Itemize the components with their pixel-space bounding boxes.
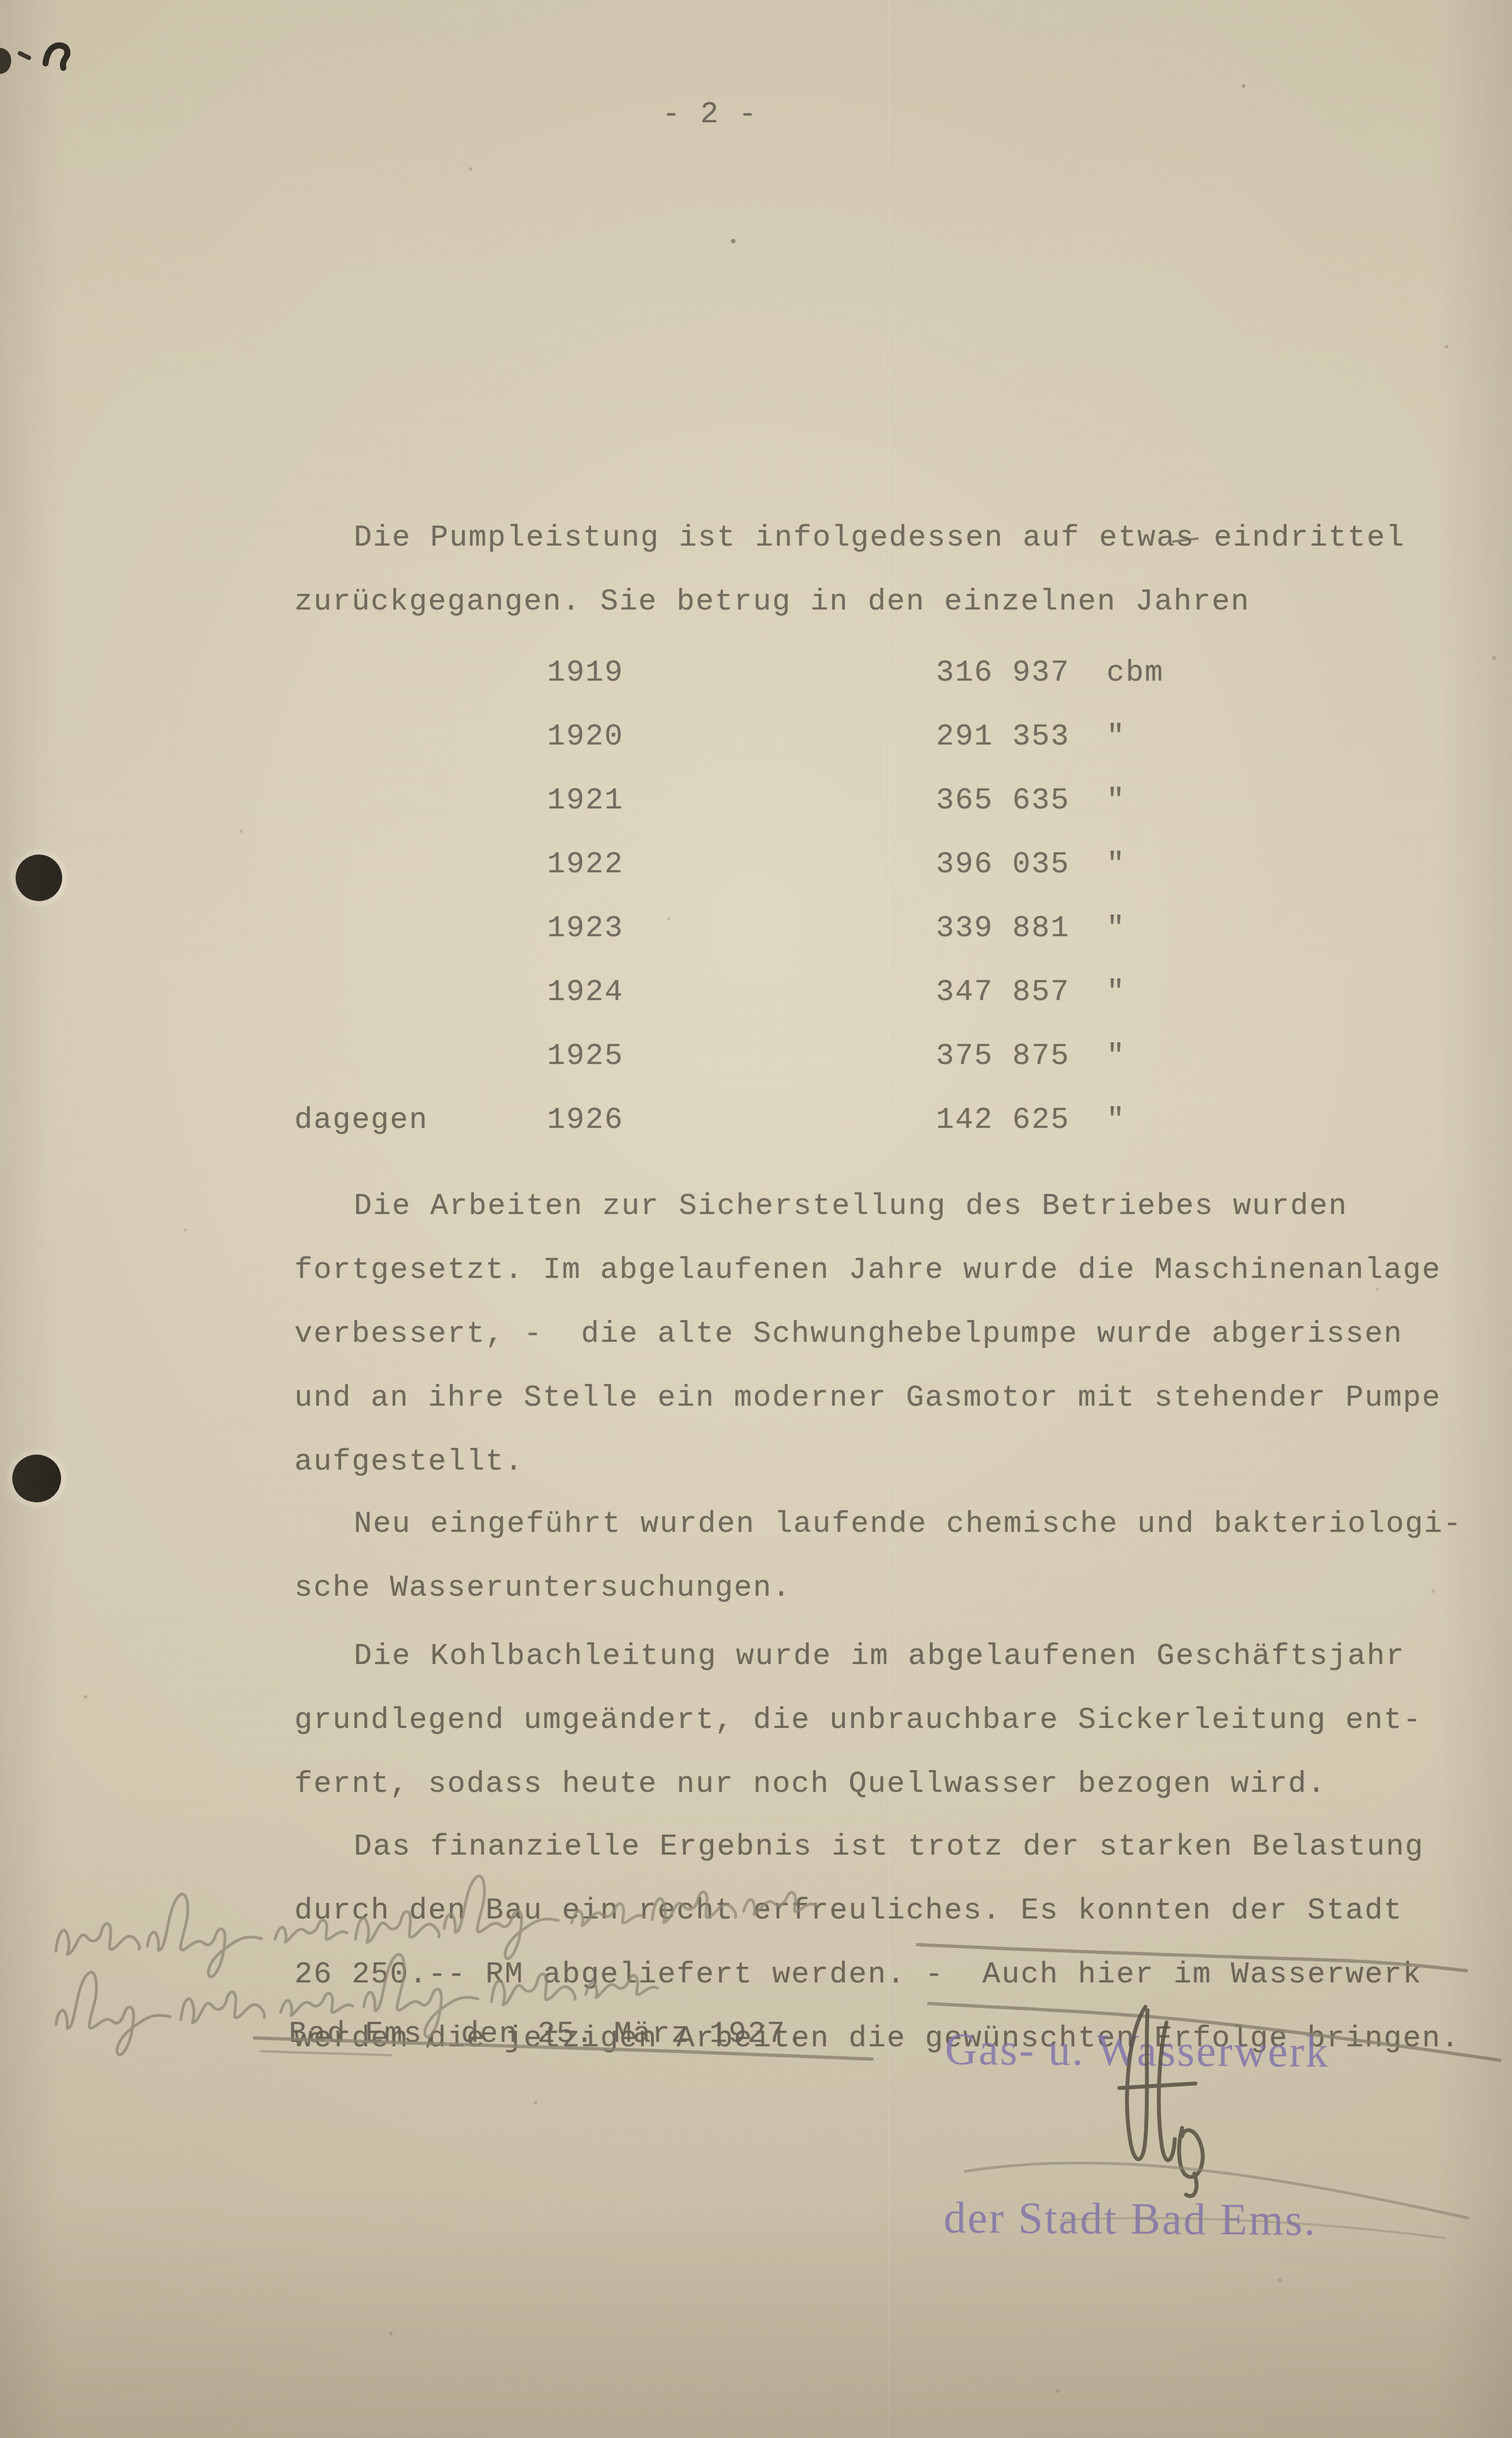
- unit-cell: ": [1107, 769, 1125, 833]
- table-row: 1923 339 881 ": [294, 897, 1239, 961]
- punch-hole: [16, 855, 62, 901]
- typed-line: Das finanzielle Ergebnis ist trotz der s…: [294, 1815, 1460, 1879]
- stamp-line-2: der Stadt Bad Ems.: [944, 2190, 1444, 2250]
- punch-hole: [12, 1455, 61, 1502]
- year-cell: 1920: [547, 705, 624, 769]
- year-cell: 1921: [547, 769, 624, 833]
- year-cell: 1919: [547, 641, 624, 705]
- year-cell: 1923: [547, 897, 624, 961]
- scanned-document-page: - 2 - Die Pumpleistung ist infolgedessen…: [0, 0, 1512, 2438]
- volume-cell: 339 881: [936, 897, 1070, 961]
- unit-cell: ": [1107, 897, 1125, 961]
- typed-line: Die Arbeiten zur Sicherstellung des Betr…: [294, 1175, 1441, 1238]
- table-row: 1922 396 035 ": [294, 833, 1239, 897]
- ink-mark: [0, 46, 67, 74]
- volume-cell: 291 353: [936, 705, 1070, 769]
- volume-cell: 365 635: [936, 769, 1070, 833]
- paper-specks: [0, 0, 2, 2]
- volume-cell: 316 937: [936, 641, 1070, 705]
- dateline: Bad Ems, den 25. März 1927.: [289, 2002, 805, 2066]
- year-cell: 1922: [547, 833, 624, 897]
- table-row: 1920 291 353 ": [294, 705, 1239, 769]
- unit-cell: ": [1107, 705, 1125, 769]
- table-row: 1919 316 937 cbm: [294, 641, 1239, 705]
- stamp-line-1: Gas- u. Wasserwerk: [945, 2022, 1445, 2081]
- typed-line: fortgesetzt. Im abgelaufenen Jahre wurde…: [294, 1238, 1441, 1302]
- unit-cell: cbm: [1107, 641, 1164, 705]
- volume-cell: 396 035: [936, 833, 1070, 897]
- unit-cell: ": [1107, 833, 1125, 897]
- page-number: - 2 -: [662, 83, 758, 147]
- table-row: 1921 365 635 ": [294, 769, 1239, 833]
- company-stamp: Gas- u. Wasserwerk der Stadt Bad Ems.: [943, 1910, 1446, 2362]
